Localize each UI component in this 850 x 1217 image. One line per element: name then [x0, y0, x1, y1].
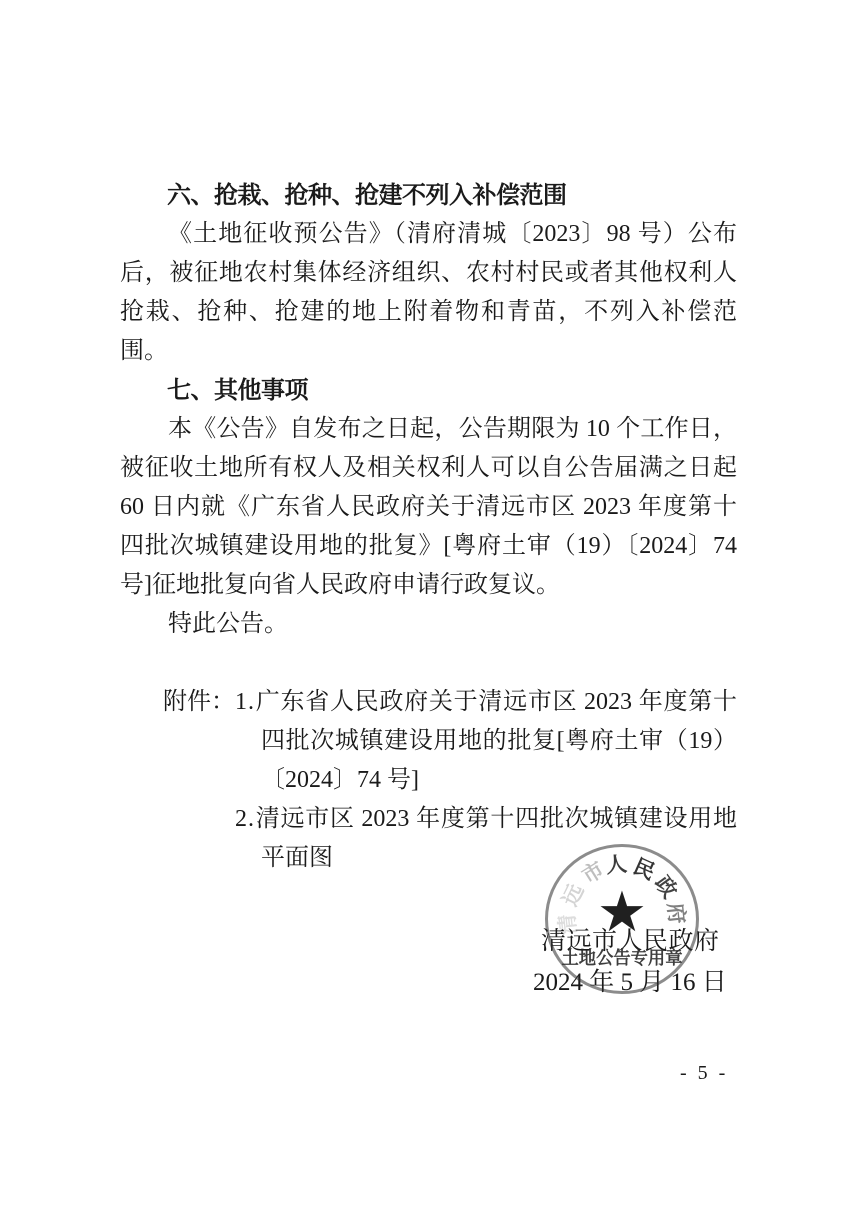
section-six-paragraph: 《土地征收预公告》（清府清城〔2023〕98 号）公布后，被征地农村集体经济组织… [120, 215, 737, 371]
closing-line: 特此公告。 [120, 605, 737, 644]
document-page: 六、抢栽、抢种、抢建不列入补偿范围 《土地征收预公告》（清府清城〔2023〕98… [0, 0, 850, 1217]
seal-arc-char: 清 [557, 913, 580, 936]
official-seal: 清 远 市 人 民 政 府 ★ 土地公告专用章 [545, 844, 699, 994]
section-seven-heading: 七、其他事项 [120, 371, 737, 410]
seal-banner-text: 土地公告专用章 [548, 944, 696, 970]
section-seven-paragraph: 本《公告》自发布之日起，公告期限为 10 个工作日，被征收土地所有权人及相关权利… [120, 410, 737, 605]
document-body: 六、抢栽、抢种、抢建不列入补偿范围 《土地征收预公告》（清府清城〔2023〕98… [120, 176, 737, 878]
attachment-number: 2. [235, 806, 255, 832]
seal-arc-char: 人 [605, 854, 628, 877]
page-number: - 5 - [680, 1062, 728, 1085]
section-six-heading: 六、抢栽、抢种、抢建不列入补偿范围 [120, 176, 737, 215]
attachment-item: 1.广东省人民政府关于清远市区 2023 年度第十四批次城镇建设用地的批复[粤府… [235, 683, 737, 800]
star-icon: ★ [597, 885, 647, 941]
attachments-label: 附件： [163, 683, 235, 878]
attachment-text: 广东省人民政府关于清远市区 2023 年度第十四批次城镇建设用地的批复[粤府土审… [255, 689, 737, 793]
attachment-number: 1. [235, 689, 255, 715]
seal-arc-char: 府 [664, 902, 687, 925]
